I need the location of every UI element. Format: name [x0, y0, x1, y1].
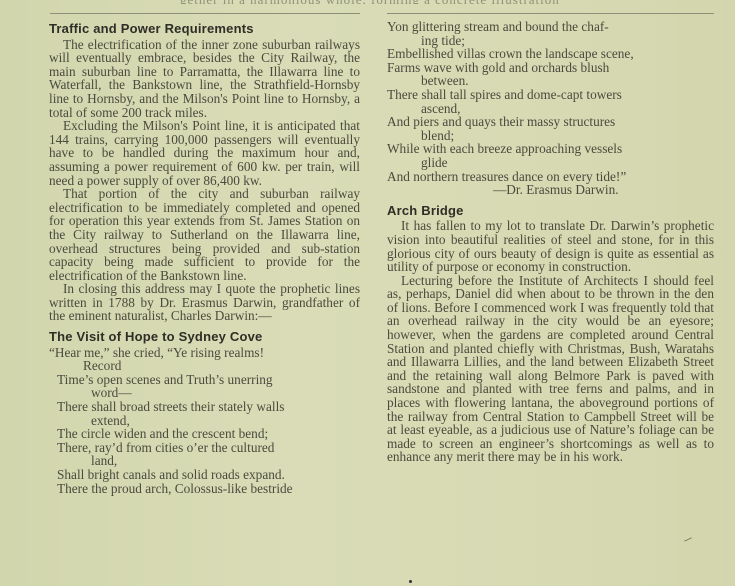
poem-verse: “Hear me,” she cried, “Ye rising realms!…	[49, 346, 360, 496]
verse-line: There the proud arch, Colossus-like best…	[49, 482, 360, 496]
verse-line: Shall bright canals and solid roads expa…	[49, 468, 360, 482]
print-blemish	[684, 537, 692, 541]
paragraph: The electrification of the inner zone su…	[49, 38, 360, 120]
poem-attribution: —Dr. Erasmus Darwin.	[387, 183, 714, 197]
paragraph: In closing this address may I quote the …	[49, 282, 360, 323]
paragraph: That portion of the city and suburban ra…	[49, 187, 360, 282]
verse-line: There shall tall spires and dome-capt to…	[387, 88, 714, 115]
verse-line: Time’s open scenes and Truth’s unerring …	[49, 373, 360, 400]
verse-line: Yon glittering stream and bound the chaf…	[387, 20, 714, 47]
left-column: Traffic and Power Requirements The elect…	[49, 20, 360, 495]
paragraph: Lecturing before the Institute of Archit…	[387, 274, 714, 464]
section-heading-traffic-power: Traffic and Power Requirements	[49, 22, 360, 36]
poem-verse-continued: Yon glittering stream and bound the chaf…	[387, 20, 714, 197]
top-rule-left	[50, 13, 360, 14]
paragraph: It has fallen to my lot to translate Dr.…	[387, 219, 714, 273]
verse-line: Embellished villas crown the landscape s…	[387, 47, 714, 61]
cropped-header-text: gether in a harmonious whole, forming a …	[180, 0, 600, 4]
verse-line: There shall broad streets their stately …	[49, 400, 360, 427]
section-heading-arch-bridge: Arch Bridge	[387, 204, 714, 218]
verse-line: While with each breeze approaching vesse…	[387, 142, 714, 169]
verse-line: Farms wave with gold and orchards blush …	[387, 61, 714, 88]
verse-line: There, ray’d from cities o’er the cultur…	[49, 441, 360, 468]
top-rule-right	[387, 13, 714, 14]
right-column: Yon glittering stream and bound the chaf…	[387, 20, 714, 464]
verse-line: And northern treasures dance on every ti…	[387, 170, 714, 184]
paragraph: Excluding the Milson's Point line, it is…	[49, 119, 360, 187]
scanned-page: gether in a harmonious whole, forming a …	[0, 0, 735, 586]
section-heading-visit-of-hope: The Visit of Hope to Sydney Cove	[49, 330, 360, 344]
verse-line: The circle widen and the crescent bend;	[49, 427, 360, 441]
verse-line: And piers and quays their massy structur…	[387, 115, 714, 142]
verse-line: “Hear me,” she cried, “Ye rising realms!…	[49, 346, 360, 373]
print-dot	[409, 580, 412, 583]
